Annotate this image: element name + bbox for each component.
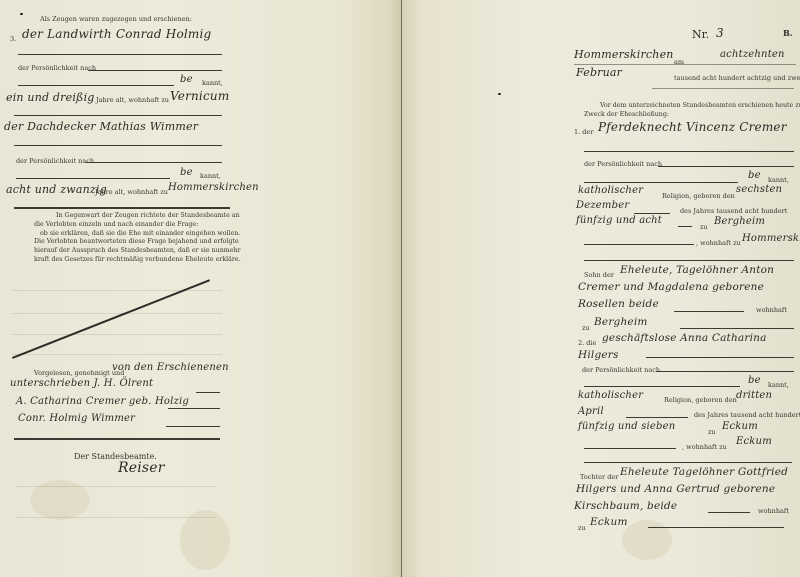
ink-dot — [20, 13, 23, 15]
corner-mark: B. — [783, 28, 793, 38]
form-line — [584, 462, 792, 463]
bride-known: be — [748, 375, 761, 386]
bride-residence-label: , wohnhaft zu — [682, 443, 727, 451]
bride-parents-1: Eheleute Tagelöhner Gottfried — [620, 466, 788, 478]
form-line — [634, 213, 670, 214]
witness4-age: acht und zwanzig — [6, 183, 107, 196]
form-line — [674, 311, 744, 312]
groom-birth-month: Dezember — [576, 200, 629, 211]
form-line — [18, 85, 174, 86]
declaration-line: die Verlobten einzeln und nach einander … — [34, 221, 241, 230]
witness4-identity-label: der Persönlichkeit nach — [16, 157, 94, 165]
signature-line-3: A. Catharina Cremer geb. Holzig — [16, 396, 189, 407]
form-line — [14, 145, 222, 146]
declaration-line: ob sie erklären, daß sie die Ehe mit ein… — [34, 230, 241, 239]
groom-parents-2: Cremer und Magdalena geborene — [578, 281, 764, 293]
witness4-name: der Dachdecker Mathias Wimmer — [4, 120, 198, 133]
bride-known-label: kannt, — [768, 381, 789, 389]
groom-parents-label: Sohn der — [584, 271, 614, 279]
form-line — [168, 408, 220, 409]
left-page: Als Zeugen waren zugezogen und erschiene… — [0, 0, 402, 577]
groom-religion-label: Religion, geboren den — [662, 192, 735, 200]
bleed-through-line — [12, 290, 222, 291]
bride-name-2: Hilgers — [578, 349, 619, 361]
bride-parents-residence: Eckum — [590, 516, 628, 528]
witness3-identity-label: der Persönlichkeit nach — [18, 64, 96, 72]
groom-birth-year: fünfzig und acht — [576, 215, 662, 226]
ink-dot — [498, 93, 501, 95]
bride-parents-residence-label: wohnhaft — [758, 507, 789, 515]
groom-number: 1. der — [574, 128, 593, 136]
witness3-residence: Vernicum — [170, 89, 229, 103]
groom-religion: katholischer — [578, 185, 643, 196]
witness3-number: 3. — [10, 35, 16, 43]
bride-parents-label: Tochter der — [580, 473, 618, 481]
groom-parents-residence: Bergheim — [594, 316, 648, 328]
form-line — [584, 386, 740, 387]
declaration-line: hierauf der Ausspruch des Standesbeamten… — [34, 247, 241, 256]
bride-parents-3: Kirschbaum, beide — [574, 500, 677, 512]
form-line — [584, 448, 676, 449]
form-line — [626, 417, 688, 418]
bride-parents-residence-prefix: zu — [578, 524, 586, 532]
form-line — [166, 426, 220, 427]
bride-name: geschäftslose Anna Catharina — [602, 332, 767, 344]
groom-residence: Hommerskirchen — [742, 233, 800, 244]
paper-stain — [622, 520, 672, 560]
witness4-known-label: kannt, — [200, 172, 221, 180]
witness3-age-label: Jahre alt, wohnhaft zu — [96, 96, 169, 104]
bride-birth-year: fünfzig und sieben — [578, 421, 675, 432]
groom-residence-label: , wohnhaft zu — [696, 239, 741, 247]
witness4-age-label: Jahre alt, wohnhaft zu — [95, 188, 168, 196]
form-line — [680, 328, 794, 329]
bride-birthplace: Eckum — [722, 421, 758, 432]
groom-year-label: des Jahres tausend acht hundert — [680, 207, 787, 215]
witness3-age: ein und dreißig — [6, 91, 95, 104]
signature-block-label: Vorgelesen, genehmigt und — [34, 369, 124, 377]
form-line — [584, 151, 794, 152]
form-line — [574, 64, 796, 65]
witnesses-intro: Als Zeugen waren zugezogen und erschiene… — [40, 15, 192, 23]
bride-religion-label: Religion, geboren den — [664, 396, 737, 404]
form-line — [584, 244, 694, 245]
bride-birth-day: dritten — [736, 390, 772, 401]
bride-religion: katholischer — [578, 390, 643, 401]
groom-birth-day: sechsten — [736, 184, 782, 195]
groom-parents-1: Eheleute, Tagelöhner Anton — [620, 264, 774, 276]
bleed-through-line — [12, 354, 222, 355]
groom-parents-residence-label: wohnhaft — [756, 306, 787, 314]
groom-name: Pferdeknecht Vincenz Cremer — [598, 120, 787, 134]
witness3-name: der Landwirth Conrad Holmig — [22, 27, 211, 41]
groom-known: be — [748, 170, 761, 181]
record-number: 3 — [716, 26, 724, 40]
form-line — [14, 115, 222, 116]
form-line — [18, 54, 222, 55]
form-line — [196, 392, 220, 393]
bride-parents-2: Hilgers und Anna Gertrud geborene — [576, 483, 775, 495]
bride-year-label: des Jahres tausend acht hundert — [694, 411, 800, 419]
form-line — [646, 357, 794, 358]
paper-stain — [180, 510, 230, 570]
registrar-signature: Reiser — [118, 460, 165, 476]
witness4-known: be — [180, 167, 193, 178]
groom-born-at-label: zu — [700, 223, 708, 231]
groom-parents-3: Rosellen beide — [578, 298, 659, 310]
signature-line-4: Conr. Holmig Wimmer — [18, 413, 135, 424]
form-line — [584, 182, 738, 183]
form-line — [584, 260, 794, 261]
form-line — [708, 512, 750, 513]
signature-line-2: unterschrieben J. H. Ölrent — [10, 378, 153, 389]
witness3-known-label: kannt, — [202, 79, 223, 87]
form-line — [16, 178, 170, 179]
intro-text: Vor dem unterzeichneten Standesbeamten e… — [584, 102, 800, 120]
bride-born-at-label: zu — [708, 428, 716, 436]
declaration-line: In Gegenwart der Zeugen richtete der Sta… — [34, 212, 241, 221]
bride-number: 2. die — [578, 339, 596, 347]
form-line — [86, 162, 222, 163]
groom-birthplace: Bergheim — [714, 216, 765, 227]
declaration-text: In Gegenwart der Zeugen richtete der Sta… — [34, 212, 241, 265]
form-line — [14, 207, 230, 209]
declaration-line: kraft des Gesetzes für rechtmäßig verbun… — [34, 256, 241, 265]
place: Hommerskirchen — [574, 48, 674, 61]
bride-birth-month: April — [578, 406, 604, 417]
bride-identity-label: der Persönlichkeit nach — [582, 366, 660, 374]
groom-parents-residence-prefix: zu — [582, 324, 590, 332]
form-line — [14, 438, 220, 440]
form-line — [648, 527, 784, 528]
signature-block-label-hand: von den Erschienenen — [112, 362, 229, 373]
witness4-residence: Hommerskirchen — [168, 182, 259, 193]
right-page: Nr. 3 B. Hommerskirchen am achtzehnten F… — [402, 0, 800, 577]
intro-line: Zweck der Eheschließung: — [584, 111, 800, 120]
month: Februar — [576, 66, 622, 79]
intro-line: Vor dem unterzeichneten Standesbeamten e… — [584, 102, 800, 111]
groom-identity-label: der Persönlichkeit nach — [584, 160, 662, 168]
bleed-through-line — [12, 334, 222, 335]
day: achtzehnten — [720, 49, 785, 60]
form-line — [652, 88, 794, 89]
bleed-through-line — [16, 517, 216, 518]
form-line — [656, 371, 794, 372]
bride-residence: Eckum — [736, 436, 772, 447]
cancellation-stroke — [12, 279, 210, 358]
form-line — [678, 226, 692, 227]
witness3-known: be — [180, 74, 193, 85]
declaration-line: Die Verlobten beantworteten diese Frage … — [34, 238, 241, 247]
form-line — [658, 166, 794, 167]
bleed-through-line — [12, 313, 222, 314]
groom-known-label: kannt, — [768, 176, 789, 184]
bleed-through-line — [16, 486, 216, 487]
record-number-label: Nr. — [692, 28, 709, 41]
year-printed: tausend acht hundert achtzig und zwei. — [674, 74, 800, 82]
form-line — [88, 70, 222, 71]
